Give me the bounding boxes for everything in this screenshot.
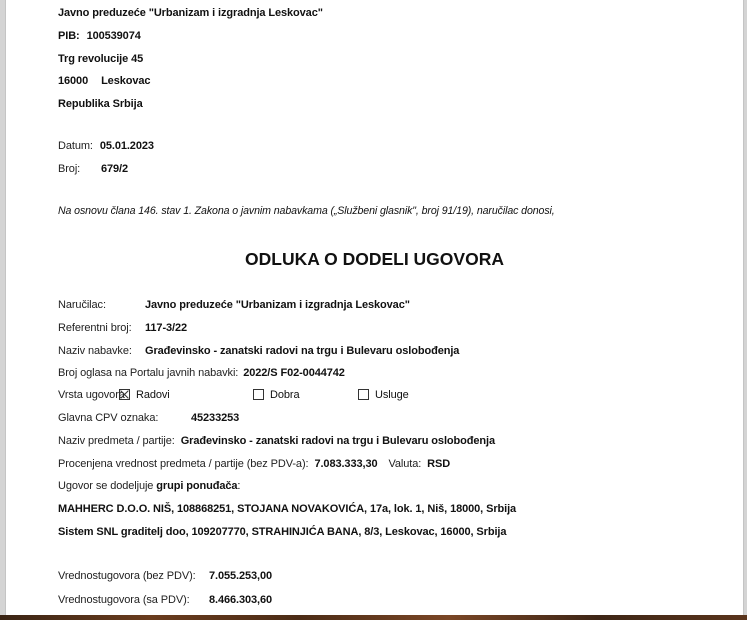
city-line: 16000 Leskovac — [58, 75, 150, 87]
checkbox-radovi[interactable]: Radovi — [119, 389, 170, 401]
cpv-label: Glavna CPV oznaka: — [58, 412, 158, 424]
number-label: Broj: — [58, 163, 80, 175]
pib-label: PIB: — [58, 30, 80, 42]
procena-row: Procenjena vrednost predmeta / partije (… — [58, 458, 450, 470]
pib-value: 100539074 — [87, 30, 141, 42]
narucilac-row: Naručilac: Javno preduzeće "Urbanizam i … — [58, 299, 106, 311]
ref-label: Referentni broj: — [58, 322, 132, 334]
checkbox-dobra-label: Dobra — [270, 389, 299, 401]
valuta-label: Valuta: — [388, 458, 421, 470]
pib-line: PIB: 100539074 — [58, 30, 141, 42]
dodela-prefix: Ugovor se dodeljuje — [58, 480, 156, 492]
checkbox-unchecked-icon — [253, 389, 264, 400]
number-value: 679/2 — [101, 163, 128, 175]
date-label: Datum: — [58, 140, 93, 152]
checkbox-checked-icon — [119, 389, 130, 400]
dodela-suffix: : — [237, 480, 240, 492]
predmet-value: Građevinsko - zanatski radovi na trgu i … — [181, 435, 495, 447]
value-bez-pdv: 7.055.253,00 — [209, 570, 272, 582]
valuta-value: RSD — [427, 458, 450, 470]
street-address: Trg revolucije 45 — [58, 53, 143, 65]
value-bez-pdv-row: Vrednostugovora (bez PDV): 7.055.253,00 — [58, 570, 196, 582]
cpv-value: 45233253 — [191, 412, 239, 424]
ref-row: Referentni broj: 117-3/22 — [58, 322, 132, 334]
checkbox-usluge[interactable]: Usluge — [358, 389, 409, 401]
predmet-row: Naziv predmeta / partije: Građevinsko - … — [58, 435, 495, 447]
naziv-value: Građevinsko - zanatski radovi na trgu i … — [145, 345, 459, 357]
country: Republika Srbija — [58, 98, 143, 110]
naziv-label: Naziv nabavke: — [58, 345, 132, 357]
bidder-1: MAHHERC D.O.O. NIŠ, 108868251, STOJANA N… — [58, 503, 516, 515]
procena-value: 7.083.333,30 — [314, 458, 377, 470]
value-sa-pdv-row: Vrednostugovora (sa PDV): 8.466.303,60 — [58, 594, 190, 606]
vrsta-row: Vrsta ugovora Radovi Dobra Usluge — [58, 389, 125, 401]
oglas-label: Broj oglasa na Portalu javnih nabavki: — [58, 367, 238, 379]
predmet-label: Naziv predmeta / partije: — [58, 435, 175, 447]
number-line: Broj: 679/2 — [58, 163, 80, 175]
checkbox-unchecked-icon — [358, 389, 369, 400]
narucilac-label: Naručilac: — [58, 299, 106, 311]
checkbox-dobra[interactable]: Dobra — [253, 389, 299, 401]
dodela-row: Ugovor se dodeljuje grupi ponuđača: — [58, 480, 240, 492]
preamble: Na osnovu člana 146. stav 1. Zakona o ja… — [58, 205, 555, 217]
document-title-text: ODLUKA O DODELI UGOVORA — [245, 249, 504, 269]
dodela-bold: grupi ponuđača — [156, 480, 237, 492]
checkbox-radovi-label: Radovi — [136, 389, 170, 401]
ref-value: 117-3/22 — [145, 322, 187, 334]
procena-label: Procenjena vrednost predmeta / partije (… — [58, 458, 308, 470]
desktop-background-strip — [0, 615, 747, 620]
narucilac-value: Javno preduzeće "Urbanizam i izgradnja L… — [145, 299, 410, 311]
oglas-row: Broj oglasa na Portalu javnih nabavki: 2… — [58, 367, 345, 379]
checkbox-usluge-label: Usluge — [375, 389, 409, 401]
value-bez-pdv-label: Vrednostugovora (bez PDV): — [58, 570, 196, 582]
page-right-edge — [743, 0, 747, 615]
oglas-value: 2022/S F02-0044742 — [243, 367, 345, 379]
date-value: 05.01.2023 — [100, 140, 154, 152]
document-title: ODLUKA O DODELI UGOVORA — [0, 249, 747, 270]
value-sa-pdv-label: Vrednostugovora (sa PDV): — [58, 594, 190, 606]
vrsta-label: Vrsta ugovora — [58, 389, 125, 401]
cpv-row: Glavna CPV oznaka: 45233253 — [58, 412, 158, 424]
page-left-edge — [0, 0, 6, 615]
city: Leskovac — [101, 75, 150, 87]
date-line: Datum: 05.01.2023 — [58, 140, 154, 152]
value-sa-pdv: 8.466.303,60 — [209, 594, 272, 606]
bidder-2: Sistem SNL graditelj doo, 109207770, STR… — [58, 526, 506, 538]
naziv-row: Naziv nabavke: Građevinsko - zanatski ra… — [58, 345, 132, 357]
organization-name: Javno preduzeće "Urbanizam i izgradnja L… — [58, 7, 323, 19]
postal-code: 16000 — [58, 75, 88, 87]
